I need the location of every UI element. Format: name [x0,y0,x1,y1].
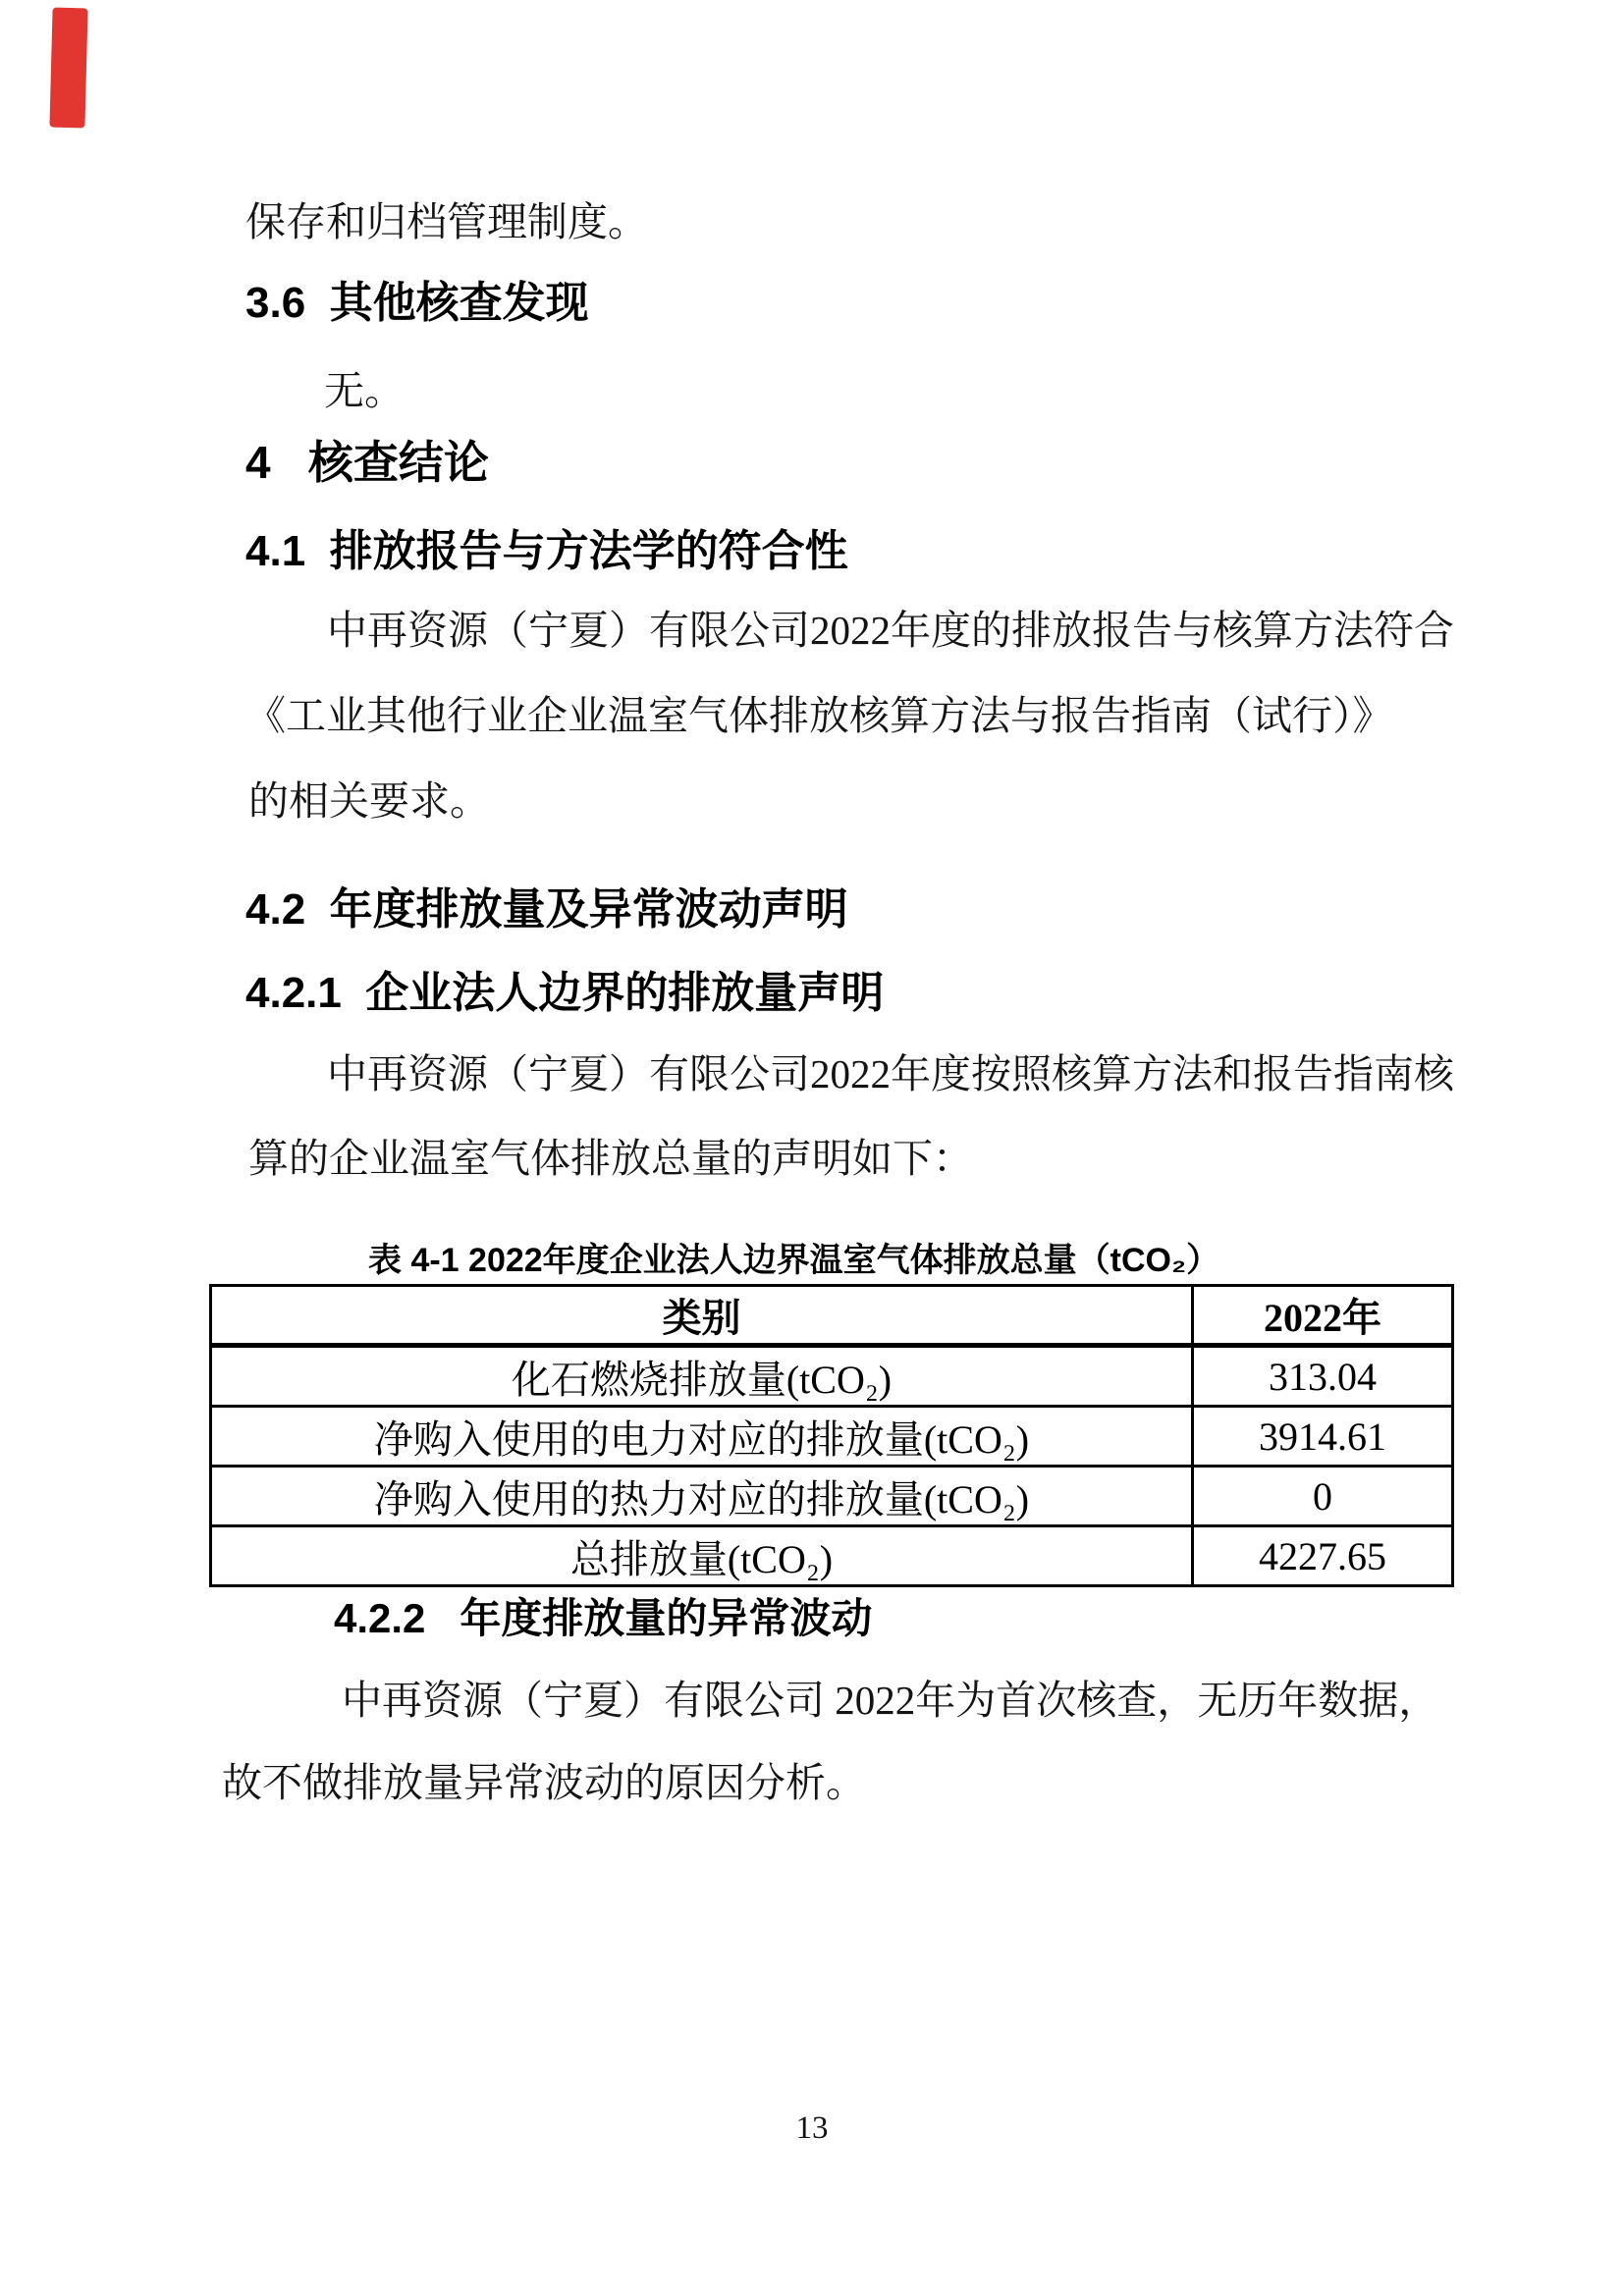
paragraph-continuation: 保存和归档管理制度。 [245,200,648,244]
para-4-1-line-3: 的相关要求。 [248,779,490,824]
row-value-fossil-fuel: 313.04 [1193,1346,1453,1407]
paragraph-none: 无。 [324,369,405,413]
heading-4-2: 4.2 年度排放量及异常波动声明 [245,886,848,934]
table-caption: 表 4-1 2022年度企业法人边界温室气体排放总量（tCO₂） [368,1243,1219,1279]
table-row: 总排放量(tCO₂) 4227.65 [211,1526,1453,1586]
table-header-row: 类别 2022年 [211,1286,1453,1346]
para-4-1-line-2: 《工业其他行业企业温室气体排放核算方法与报告指南（试行）》 [245,694,1393,738]
heading-4-2-2: 4.2.2 年度排放量的异常波动 [334,1596,872,1641]
row-value-heat: 0 [1193,1467,1453,1526]
heading-4-1: 4.1 排放报告与方法学的符合性 [245,528,848,575]
row-label-fossil-fuel: 化石燃烧排放量(tCO₂) [211,1346,1193,1407]
para-4-2-1-line-2: 算的企业温室气体排放总量的声明如下： [248,1137,973,1181]
para-4-2-1-line-1: 中再资源（宁夏）有限公司2022年度按照核算方法和报告指南核 [327,1052,1454,1096]
para-4-2-2-line-2: 故不做排放量异常波动的原因分析。 [222,1761,866,1805]
heading-3-6: 3.6 其他核查发现 [245,280,589,327]
red-seal-mark [49,8,87,129]
heading-4: 4 核查结论 [245,438,489,488]
row-label-electricity: 净购入使用的电力对应的排放量(tCO₂) [211,1407,1193,1467]
row-value-electricity: 3914.61 [1193,1407,1453,1467]
column-header-year: 2022年 [1193,1286,1453,1346]
emissions-table: 类别 2022年 化石燃烧排放量(tCO₂) 313.04 净购入使用的电力对应… [209,1284,1454,1587]
document-page: 保存和归档管理制度。 3.6 其他核查发现 无。 4 核查结论 4.1 排放报告… [0,0,1624,2296]
page-number: 13 [0,2110,1624,2147]
table-row: 净购入使用的电力对应的排放量(tCO₂) 3914.61 [211,1407,1453,1467]
heading-4-2-1: 4.2.1 企业法人边界的排放量声明 [245,970,884,1017]
column-header-category: 类别 [211,1286,1193,1346]
para-4-2-2-line-1: 中再资源（宁夏）有限公司 2022年为首次核查，无历年数据， [342,1679,1438,1723]
row-label-heat: 净购入使用的热力对应的排放量(tCO₂) [211,1467,1193,1526]
row-value-total: 4227.65 [1193,1526,1453,1586]
table-row: 化石燃烧排放量(tCO₂) 313.04 [211,1346,1453,1407]
para-4-1-line-1: 中再资源（宁夏）有限公司2022年度的排放报告与核算方法符合 [327,609,1454,653]
row-label-total: 总排放量(tCO₂) [211,1526,1193,1586]
table-row: 净购入使用的热力对应的排放量(tCO₂) 0 [211,1467,1453,1526]
